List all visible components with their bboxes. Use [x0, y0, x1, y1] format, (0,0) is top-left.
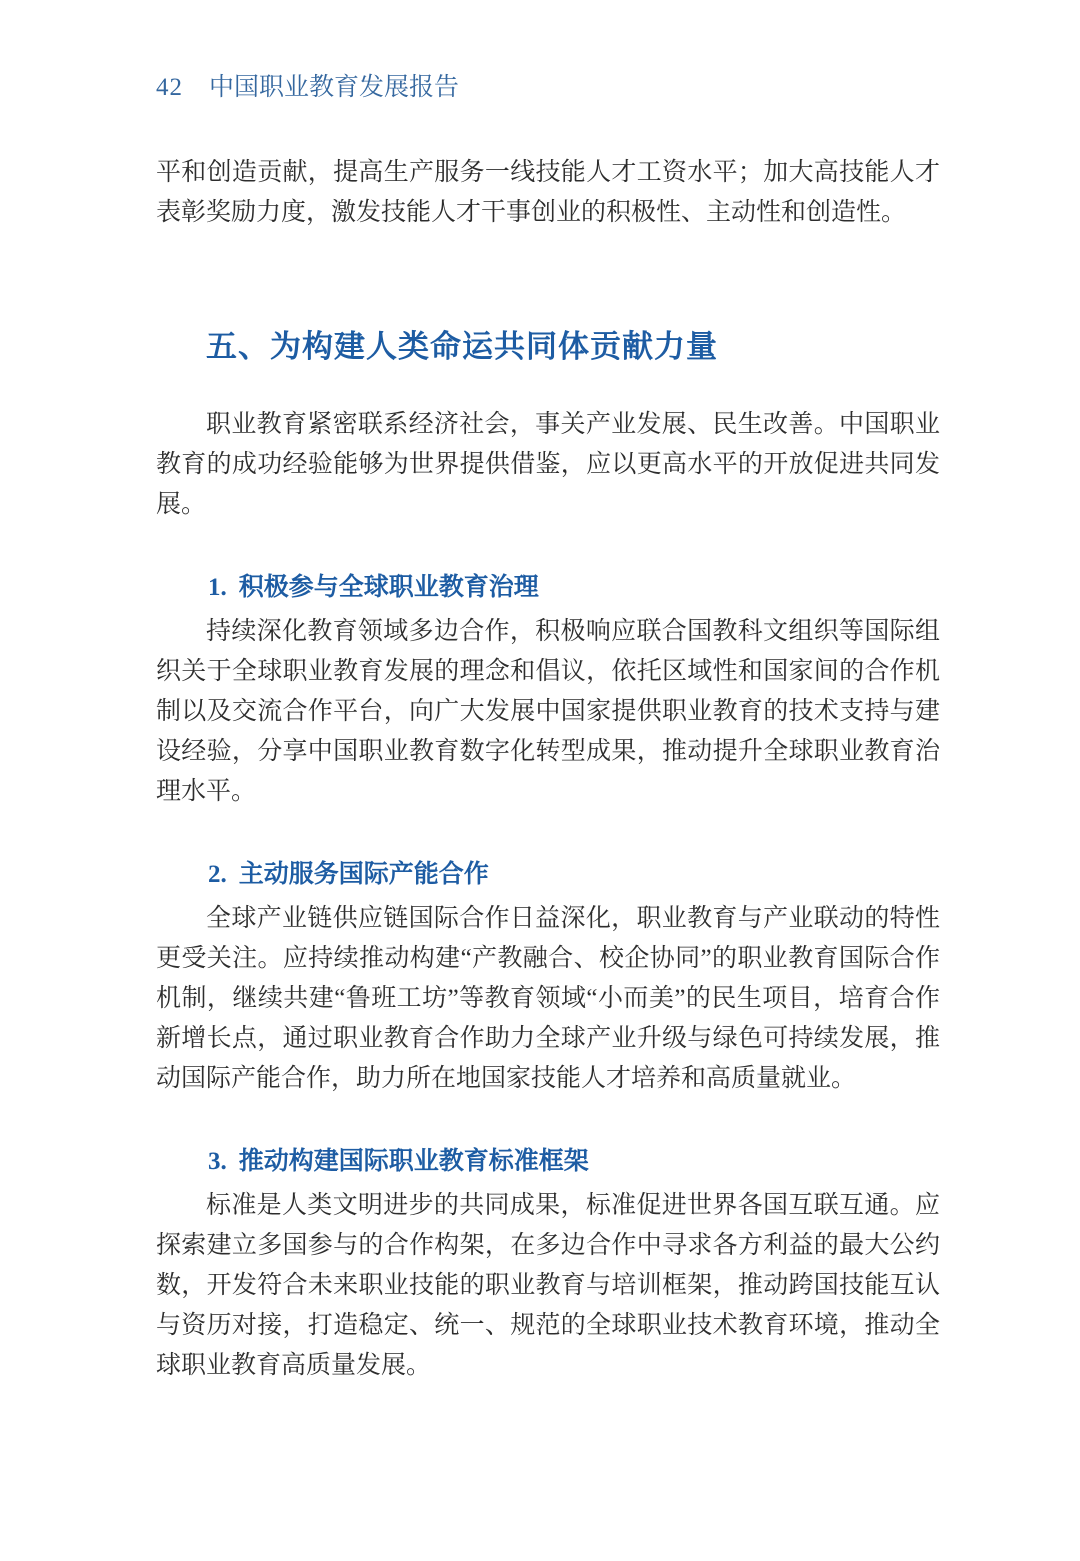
lead-paragraph: 平和创造贡献，提高生产服务一线技能人才工资水平；加大高技能人才表彰奖励力度，激发…: [156, 153, 940, 233]
subsection-3-number: 3.: [208, 1148, 227, 1175]
running-header: 42 中国职业教育发展报告: [156, 72, 459, 104]
subsection-2-heading: 2.主动服务国际产能合作: [156, 857, 940, 893]
subsection-1-body: 持续深化教育领域多边合作，积极响应联合国教科文组织等国际组织关于全球职业教育发展…: [156, 612, 940, 812]
subsection-1-heading: 1.积极参与全球职业教育治理: [156, 570, 940, 606]
subsection-1: 1.积极参与全球职业教育治理 持续深化教育领域多边合作，积极响应联合国教科文组织…: [156, 570, 940, 812]
subsection-3-body: 标准是人类文明进步的共同成果，标准促进世界各国互联互通。应探索建立多国参与的合作…: [156, 1186, 940, 1386]
intro-paragraph: 职业教育紧密联系经济社会，事关产业发展、民生改善。中国职业教育的成功经验能够为世…: [156, 405, 940, 525]
subsection-3-title: 推动构建国际职业教育标准框架: [239, 1148, 589, 1175]
subsection-3: 3.推动构建国际职业教育标准框架 标准是人类文明进步的共同成果，标准促进世界各国…: [156, 1144, 940, 1386]
page-content: 平和创造贡献，提高生产服务一线技能人才工资水平；加大高技能人才表彰奖励力度，激发…: [156, 153, 940, 1386]
subsection-2-title: 主动服务国际产能合作: [239, 861, 489, 888]
subsection-2-number: 2.: [208, 861, 227, 888]
section-heading: 五、为构建人类命运共同体贡献力量: [156, 325, 940, 369]
subsection-2-body: 全球产业链供应链国际合作日益深化，职业教育与产业联动的特性更受关注。应持续推动构…: [156, 899, 940, 1099]
page-number: 42: [156, 72, 183, 104]
book-title: 中国职业教育发展报告: [209, 72, 459, 104]
subsection-1-number: 1.: [208, 574, 227, 601]
subsection-1-title: 积极参与全球职业教育治理: [239, 574, 539, 601]
subsection-3-heading: 3.推动构建国际职业教育标准框架: [156, 1144, 940, 1180]
document-page: 42 中国职业教育发展报告 平和创造贡献，提高生产服务一线技能人才工资水平；加大…: [0, 0, 1080, 1561]
subsection-2: 2.主动服务国际产能合作 全球产业链供应链国际合作日益深化，职业教育与产业联动的…: [156, 857, 940, 1099]
